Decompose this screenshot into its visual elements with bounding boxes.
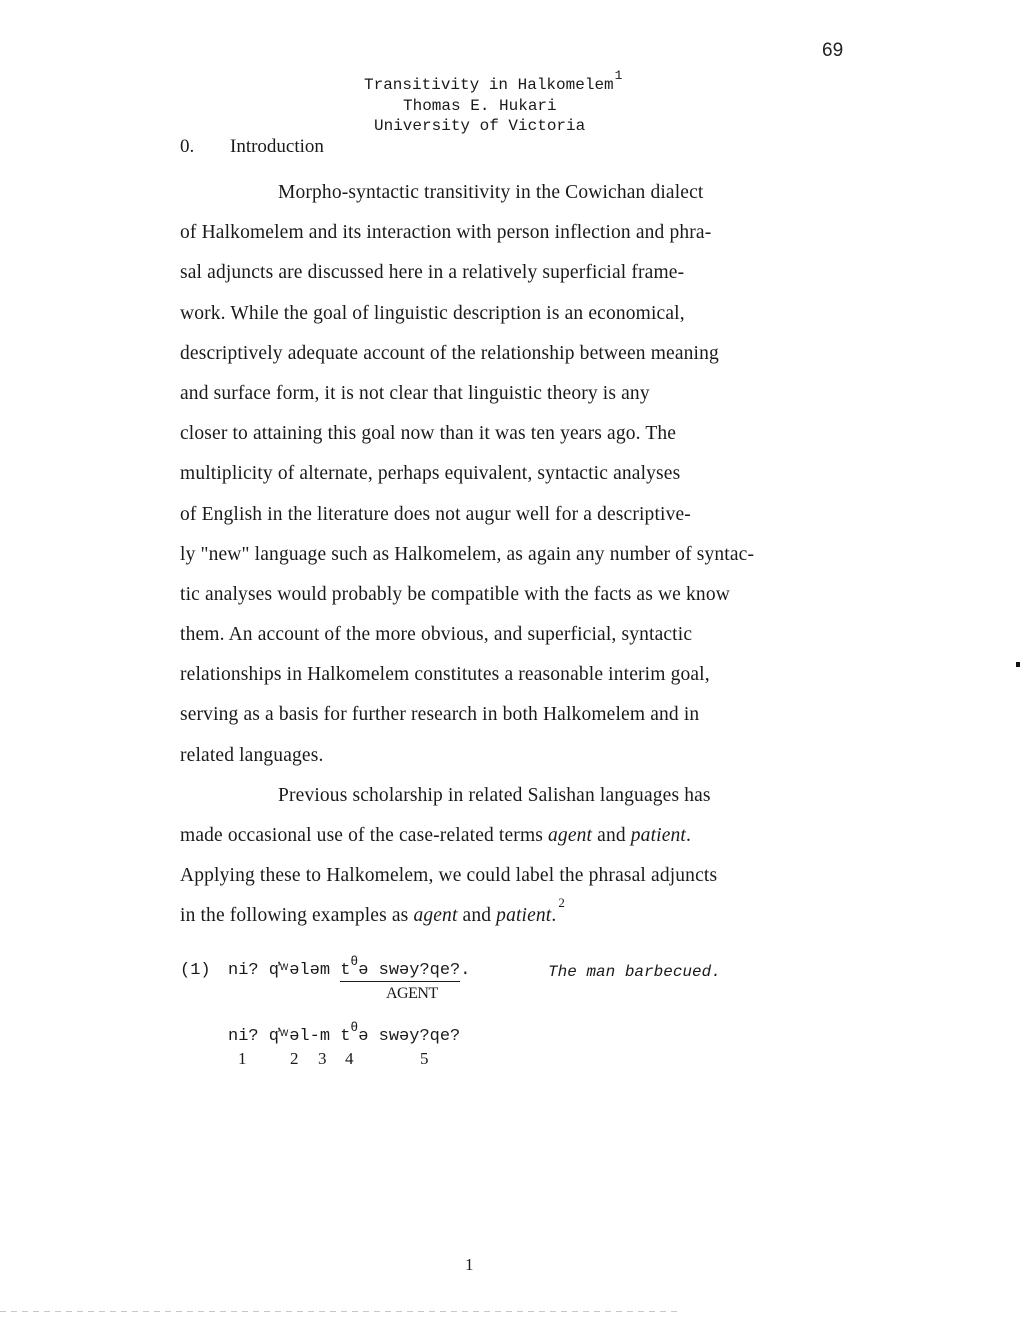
example-sentence: ni? q̓ʷələm tθə swəy?qe?. [228,961,470,982]
text-line: and surface form, it is not clear that l… [180,374,880,414]
footer-page-number: 1 [465,1255,474,1275]
text-run: . [686,825,691,846]
scan-bottom-edge [0,1311,680,1312]
morpheme-number: 3 [318,1049,327,1069]
paper-header: Transitivity in Halkomelem1 Thomas E. Hu… [362,75,632,136]
agent-phrase: tθə swəy?qe? [340,961,460,982]
page-number: 69 [822,40,843,62]
morpheme-number: 4 [345,1049,354,1069]
term-patient: patient [496,905,551,926]
morpheme-number: 5 [420,1049,429,1069]
text-line: multiplicity of alternate, perhaps equiv… [180,454,880,494]
section-title: Introduction [230,136,324,157]
paper-title-text: Transitivity in Halkomelem [364,76,614,94]
text-run: . [460,961,470,980]
scan-margin-mark [1016,662,1020,667]
text-line: in the following examples as agent and p… [180,896,880,936]
agent-label: AGENT [386,985,438,1003]
text-line: of Halkomelem and its interaction with p… [180,213,880,253]
text-line: closer to attaining this goal now than i… [180,414,880,454]
text-run: made occasional use of the case-related … [180,825,548,846]
text-line: serving as a basis for further research … [180,695,880,735]
text-line: them. An account of the more obvious, an… [180,615,880,655]
text-line: made occasional use of the case-related … [180,816,880,856]
footnote-ref-2: 2 [558,895,565,910]
paragraph-previous-scholarship: Previous scholarship in related Salishan… [180,776,880,937]
term-agent: agent [413,905,457,926]
text-line: Morpho-syntactic transitivity in the Cow… [180,173,880,213]
text-line: ly "new" language such as Halkomelem, as… [180,535,880,575]
text-line: Previous scholarship in related Salishan… [180,776,880,816]
paper-title: Transitivity in Halkomelem1 [362,75,632,96]
text-line: sal adjuncts are discussed here in a rel… [180,253,880,293]
text-run: ni? q̓ʷəl-m t [228,1027,350,1046]
text-line: tic analyses would probably be compatibl… [180,575,880,615]
paper-affiliation: University of Victoria [362,116,632,136]
paragraph-intro: Morpho-syntactic transitivity in the Cow… [180,173,880,776]
text-run: . [551,905,556,926]
theta-superscript: θ [350,954,358,969]
body-text: Morpho-syntactic transitivity in the Cow… [180,173,880,937]
morpheme-number: 2 [290,1049,299,1069]
text-line: relationships in Halkomelem constitutes … [180,655,880,695]
title-footnote-ref: 1 [615,68,623,83]
text-line: descriptively adequate account of the re… [180,334,880,374]
section-number: 0. [180,136,230,158]
example-verb: ni? q̓ʷələm [228,961,340,980]
section-heading: 0.Introduction [180,136,324,158]
paper-author: Thomas E. Hukari [362,96,632,116]
text-line: related languages. [180,736,880,776]
morpheme-number: 1 [238,1049,247,1069]
text-line: work. While the goal of linguistic descr… [180,294,880,334]
text-run: ə swəy?qe? [358,961,460,980]
example-morpheme-breakdown: ni? q̓ʷəl-m tθə swəy?qe? [228,1027,460,1046]
example-translation: The man barbecued. [548,963,721,981]
term-agent: agent [548,825,592,846]
text-run: and [592,825,631,846]
text-run: t [340,961,350,980]
term-patient: patient [631,825,686,846]
example-number: (1) [180,961,211,980]
text-run: in the following examples as [180,905,413,926]
text-line: Applying these to Halkomelem, we could l… [180,856,880,896]
text-run: ə swəy?qe? [358,1027,460,1046]
text-line: of English in the literature does not au… [180,495,880,535]
theta-superscript: θ [350,1020,358,1035]
text-run: and [458,905,497,926]
